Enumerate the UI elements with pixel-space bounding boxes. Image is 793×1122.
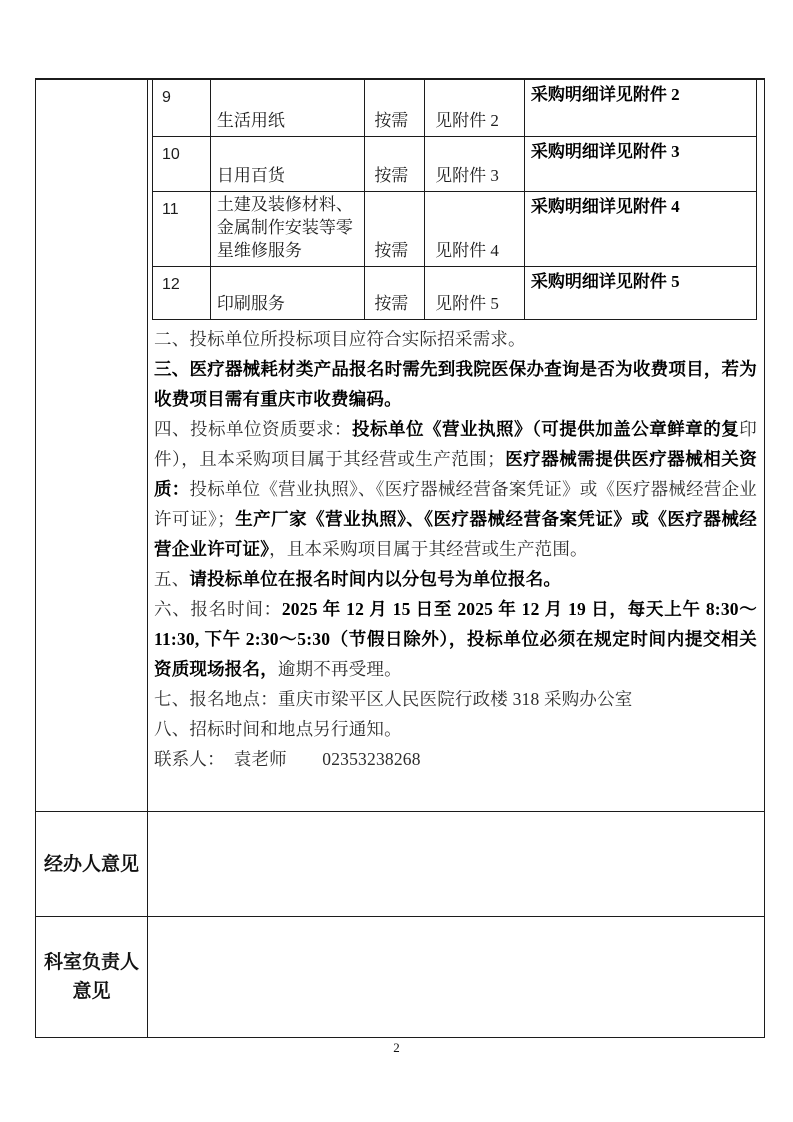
note-paragraph-note-4: 四、投标单位资质要求：投标单位《营业执照》（可提供加盖公章鲜章的复印件），且本采… xyxy=(154,414,757,564)
handler-opinion-cell xyxy=(148,812,764,916)
main-content-row: 9 生活用纸 按需 见附件 2 采购明细详见附件 2 10 日用百货 按需 见附… xyxy=(36,80,764,812)
quantity-cell: 按需 xyxy=(365,137,425,191)
note-paragraph-note-6: 六、报名时间：2025 年 12 月 15 日至 2025 年 12 月 19 … xyxy=(154,594,757,684)
table-row: 10 日用百货 按需 见附件 3 采购明细详见附件 3 xyxy=(153,137,756,192)
quantity-cell: 按需 xyxy=(365,267,425,319)
item-name-cell: 生活用纸 xyxy=(211,80,365,136)
note-paragraph-contact: 联系人： 袁老师 02353238268 xyxy=(154,744,757,774)
document-page: 9 生活用纸 按需 见附件 2 采购明细详见附件 2 10 日用百货 按需 见附… xyxy=(0,0,793,1122)
detail-cell: 采购明细详见附件 4 xyxy=(525,192,756,266)
dept-head-opinion-row: 科室负责人意见 xyxy=(36,917,764,1037)
detail-cell: 采购明细详见附件 3 xyxy=(525,137,756,191)
note-paragraph-note-7: 七、报名地点：重庆市梁平区人民医院行政楼 318 采购办公室 xyxy=(154,684,757,714)
detail-cell: 采购明细详见附件 2 xyxy=(525,80,756,136)
table-row: 12 印刷服务 按需 见附件 5 采购明细详见附件 5 xyxy=(153,267,756,320)
table-row: 9 生活用纸 按需 见附件 2 采购明细详见附件 2 xyxy=(153,80,756,137)
row-number-cell: 11 xyxy=(153,192,211,266)
note-paragraph-note-3: 三、医疗器械耗材类产品报名时需先到我院医保办查询是否为收费项目，若为收费项目需有… xyxy=(154,354,757,414)
attachment-ref-cell: 见附件 2 xyxy=(425,80,525,136)
quantity-cell: 按需 xyxy=(365,80,425,136)
table-row: 11 土建及装修材料、金属制作安装等零星维修服务 按需 见附件 4 采购明细详见… xyxy=(153,192,756,267)
row-number-cell: 12 xyxy=(153,267,211,319)
attachment-ref-cell: 见附件 3 xyxy=(425,137,525,191)
dept-head-opinion-cell xyxy=(148,917,764,1037)
form-table: 9 生活用纸 按需 见附件 2 采购明细详见附件 2 10 日用百货 按需 见附… xyxy=(35,78,765,1038)
note-paragraph-note-2: 二、投标单位所投标项目应符合实际招采需求。 xyxy=(154,324,757,354)
procurement-table-body: 9 生活用纸 按需 见附件 2 采购明细详见附件 2 10 日用百货 按需 见附… xyxy=(153,80,756,320)
attachment-ref-cell: 见附件 4 xyxy=(425,192,525,266)
row-number-cell: 9 xyxy=(153,80,211,136)
item-name-cell: 土建及装修材料、金属制作安装等零星维修服务 xyxy=(211,192,365,266)
procurement-table: 9 生活用纸 按需 见附件 2 采购明细详见附件 2 10 日用百货 按需 见附… xyxy=(152,80,757,320)
main-row-left-cell xyxy=(36,80,148,811)
row-number-cell: 10 xyxy=(153,137,211,191)
item-name-cell: 印刷服务 xyxy=(211,267,365,319)
main-row-content-cell: 9 生活用纸 按需 见附件 2 采购明细详见附件 2 10 日用百货 按需 见附… xyxy=(148,80,764,811)
detail-cell: 采购明细详见附件 5 xyxy=(525,267,756,319)
page-number: 2 xyxy=(0,1040,793,1056)
attachment-ref-cell: 见附件 5 xyxy=(425,267,525,319)
notes: 二、投标单位所投标项目应符合实际招采需求。三、医疗器械耗材类产品报名时需先到我院… xyxy=(154,324,757,774)
quantity-cell: 按需 xyxy=(365,192,425,266)
handler-opinion-row: 经办人意见 xyxy=(36,812,764,917)
note-paragraph-note-5: 五、请投标单位在报名时间内以分包号为单位报名。 xyxy=(154,564,757,594)
item-name-cell: 日用百货 xyxy=(211,137,365,191)
handler-opinion-label: 经办人意见 xyxy=(36,812,148,916)
note-paragraph-note-8: 八、招标时间和地点另行通知。 xyxy=(154,714,757,744)
dept-head-opinion-label: 科室负责人意见 xyxy=(36,917,148,1037)
